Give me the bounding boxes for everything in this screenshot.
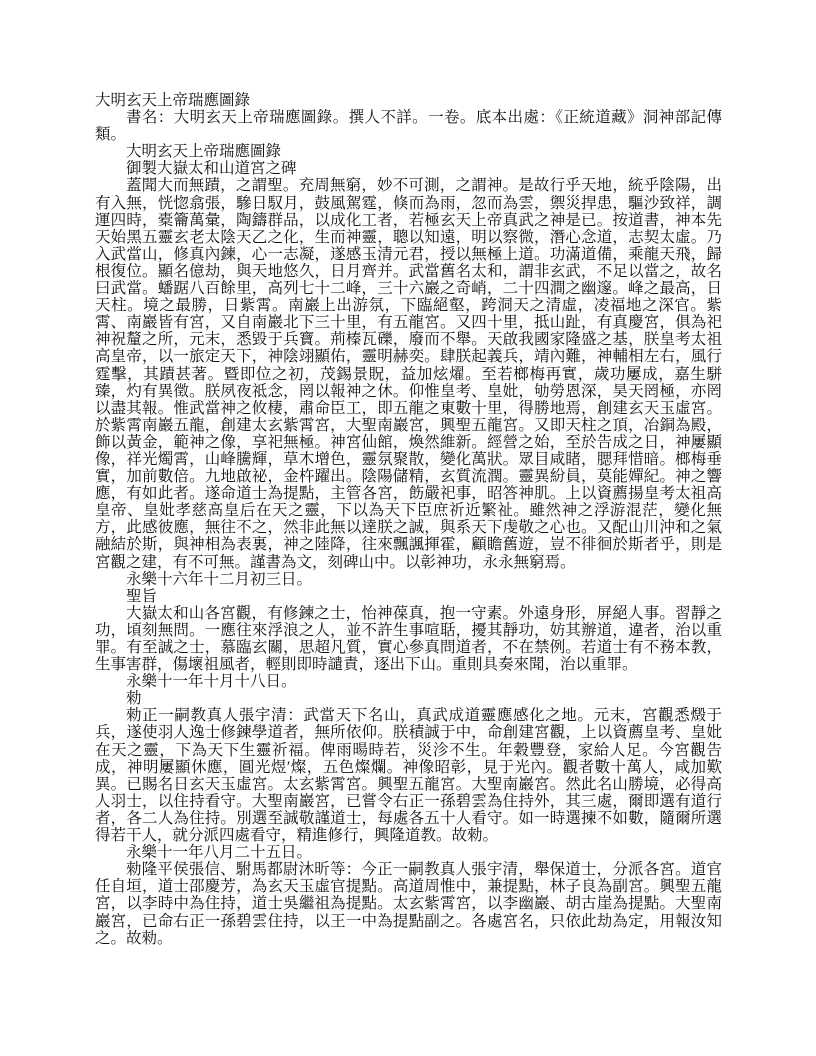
section-heading-edict: 勑 xyxy=(95,690,722,707)
section-heading-stele: 御製大嶽太和山道宮之碑 xyxy=(95,160,722,177)
document-page: 大明玄天上帝瑞應圖錄 書名：大明玄天上帝瑞應圖錄。撰人不詳。一卷。底本出處：《正… xyxy=(0,0,816,1056)
stele-text-paragraph: 蓋聞大而無蹟，之謂聖。充周無窮，妙不可測，之謂神。是故行乎天地，統乎陰陽，出有入… xyxy=(95,177,722,570)
section-heading-imperial-decree: 聖旨 xyxy=(95,588,722,605)
document-title: 大明玄天上帝瑞應圖錄 xyxy=(95,92,722,109)
date-line-yongle-11-oct: 永樂十一年十月十八日。 xyxy=(95,673,722,690)
edict-zhang-xin-paragraph: 勑隆平侯張信、駙馬都尉沐昕等：今正一嗣教真人張宇清，舉保道士，分派各宮。道官任自… xyxy=(95,861,722,946)
document-body: 大明玄天上帝瑞應圖錄 書名：大明玄天上帝瑞應圖錄。撰人不詳。一卷。底本出處：《正… xyxy=(95,92,722,947)
bibliographic-note: 書名：大明玄天上帝瑞應圖錄。撰人不詳。一卷。底本出處：《正統道藏》洞神部記傳類。 xyxy=(95,109,722,143)
edict-zhang-yuqing-paragraph: 勑正一嗣教真人張宇清：武當天下名山，真武成道靈應感化之地。元末，宮觀悉燬于兵，遂… xyxy=(95,707,722,844)
imperial-decree-paragraph: 大嶽太和山各宮觀，有修鍊之士，怡神葆真，抱一守素。外遠身形，屏絕人事。習靜之功，… xyxy=(95,605,722,673)
date-line-yongle-11-aug: 永樂十一年八月二十五日。 xyxy=(95,844,722,861)
inner-title: 大明玄天上帝瑞應圖錄 xyxy=(95,143,722,160)
date-line-yongle-16: 永樂十六年十二月初三日。 xyxy=(95,571,722,588)
